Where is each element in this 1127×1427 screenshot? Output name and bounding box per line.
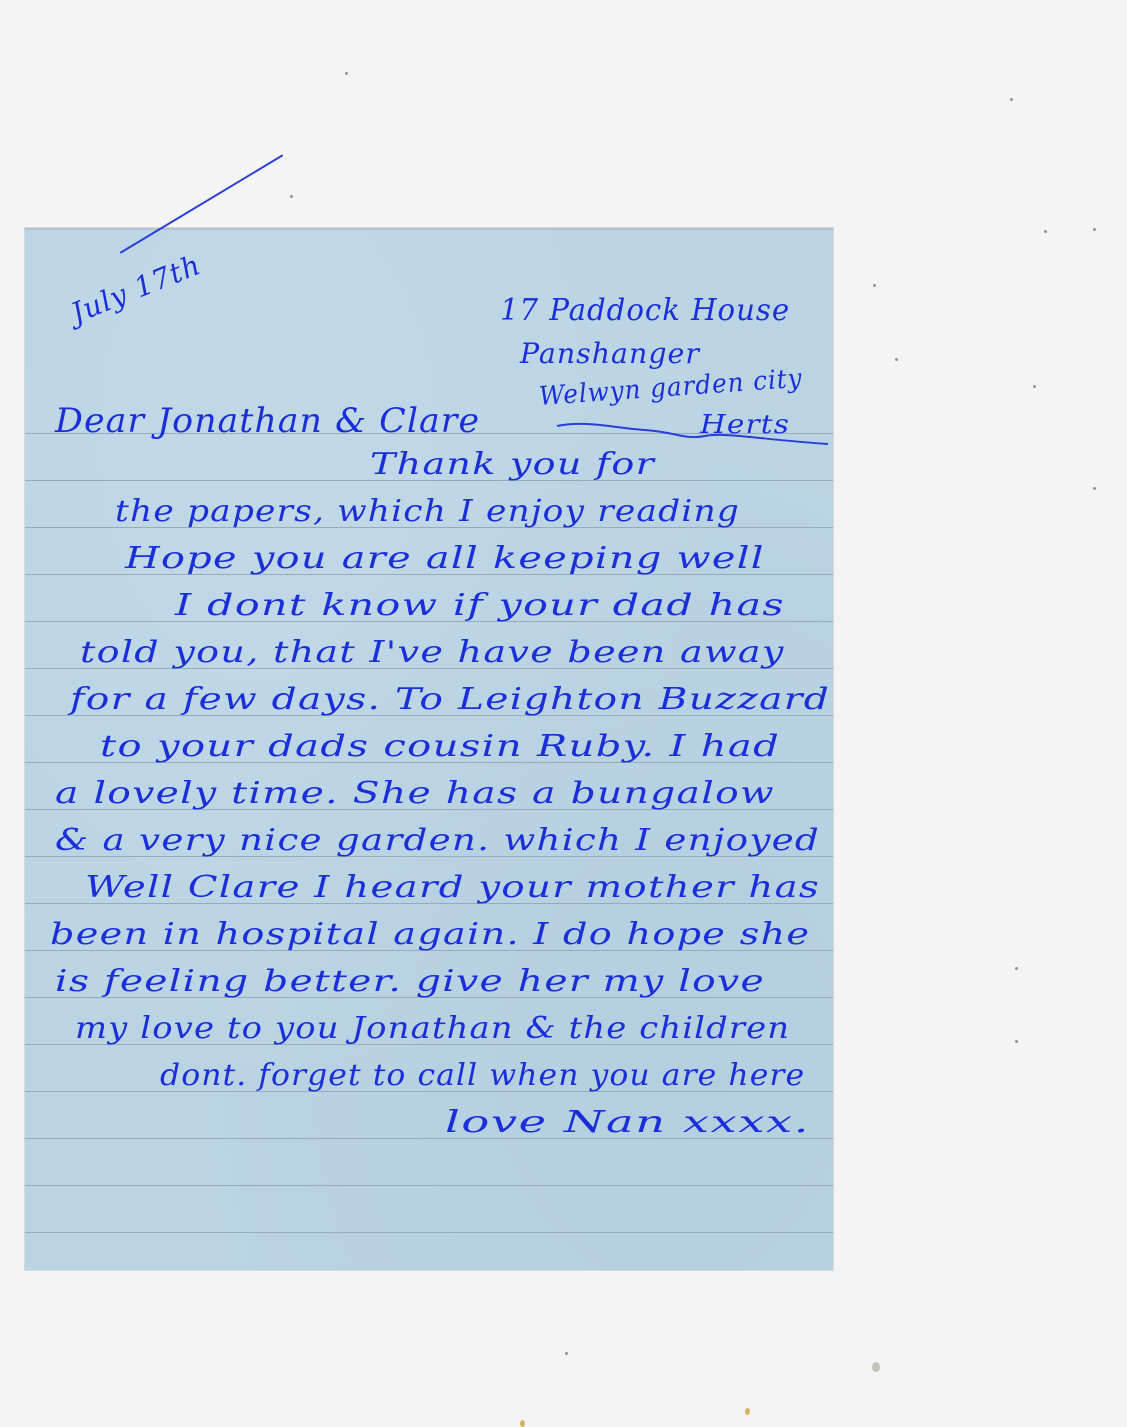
scan-speck xyxy=(1093,487,1096,490)
ruled-line xyxy=(25,1232,833,1233)
scan-speck xyxy=(873,284,876,287)
body-line-4: I dont know if your dad has xyxy=(175,591,785,621)
body-line-5: told you, that I've have been away xyxy=(80,638,785,668)
body-line-14: dont. forget to call when you are here xyxy=(160,1061,805,1091)
salutation: Dear Jonathan & Clare xyxy=(55,404,480,438)
scan-speck xyxy=(1033,385,1036,388)
scan-speck xyxy=(745,1408,750,1415)
address-line-1: 17 Paddock House xyxy=(500,296,790,326)
scan-speck xyxy=(872,1362,880,1372)
scan-speck xyxy=(290,195,293,198)
body-line-3: Hope you are all keeping well xyxy=(125,544,765,574)
signature-closing: love Nan xxxx. xyxy=(445,1108,810,1138)
body-line-13: my love to you Jonathan & the children xyxy=(75,1014,790,1044)
scan-speck xyxy=(895,358,898,361)
scan-speck xyxy=(1010,98,1013,101)
ruled-line xyxy=(25,1185,833,1186)
paper-torn-edge xyxy=(25,228,833,230)
scan-speck xyxy=(345,72,348,75)
body-line-9: & a very nice garden. which I enjoyed xyxy=(55,826,820,856)
scan-speck xyxy=(1093,228,1096,231)
address-underline-squiggle xyxy=(555,418,830,448)
scan-speck xyxy=(520,1420,525,1427)
scan-speck xyxy=(1044,230,1047,233)
scan-speck xyxy=(1015,1040,1018,1043)
address-line-2: Panshanger xyxy=(520,340,700,368)
body-line-8: a lovely time. She has a bungalow xyxy=(55,779,775,809)
body-line-12: is feeling better. give her my love xyxy=(55,967,765,997)
body-line-11: been in hospital again. I do hope she xyxy=(50,920,810,950)
body-line-10: Well Clare I heard your mother has xyxy=(85,873,820,903)
scan-speck xyxy=(565,1352,568,1355)
body-line-1: Thank you for xyxy=(370,450,655,480)
scan-speck xyxy=(1015,967,1018,970)
body-line-7: to your dads cousin Ruby. I had xyxy=(100,732,780,762)
body-line-2: the papers, which I enjoy reading xyxy=(115,497,740,527)
body-line-6: for a few days. To Leighton Buzzard xyxy=(70,685,830,715)
